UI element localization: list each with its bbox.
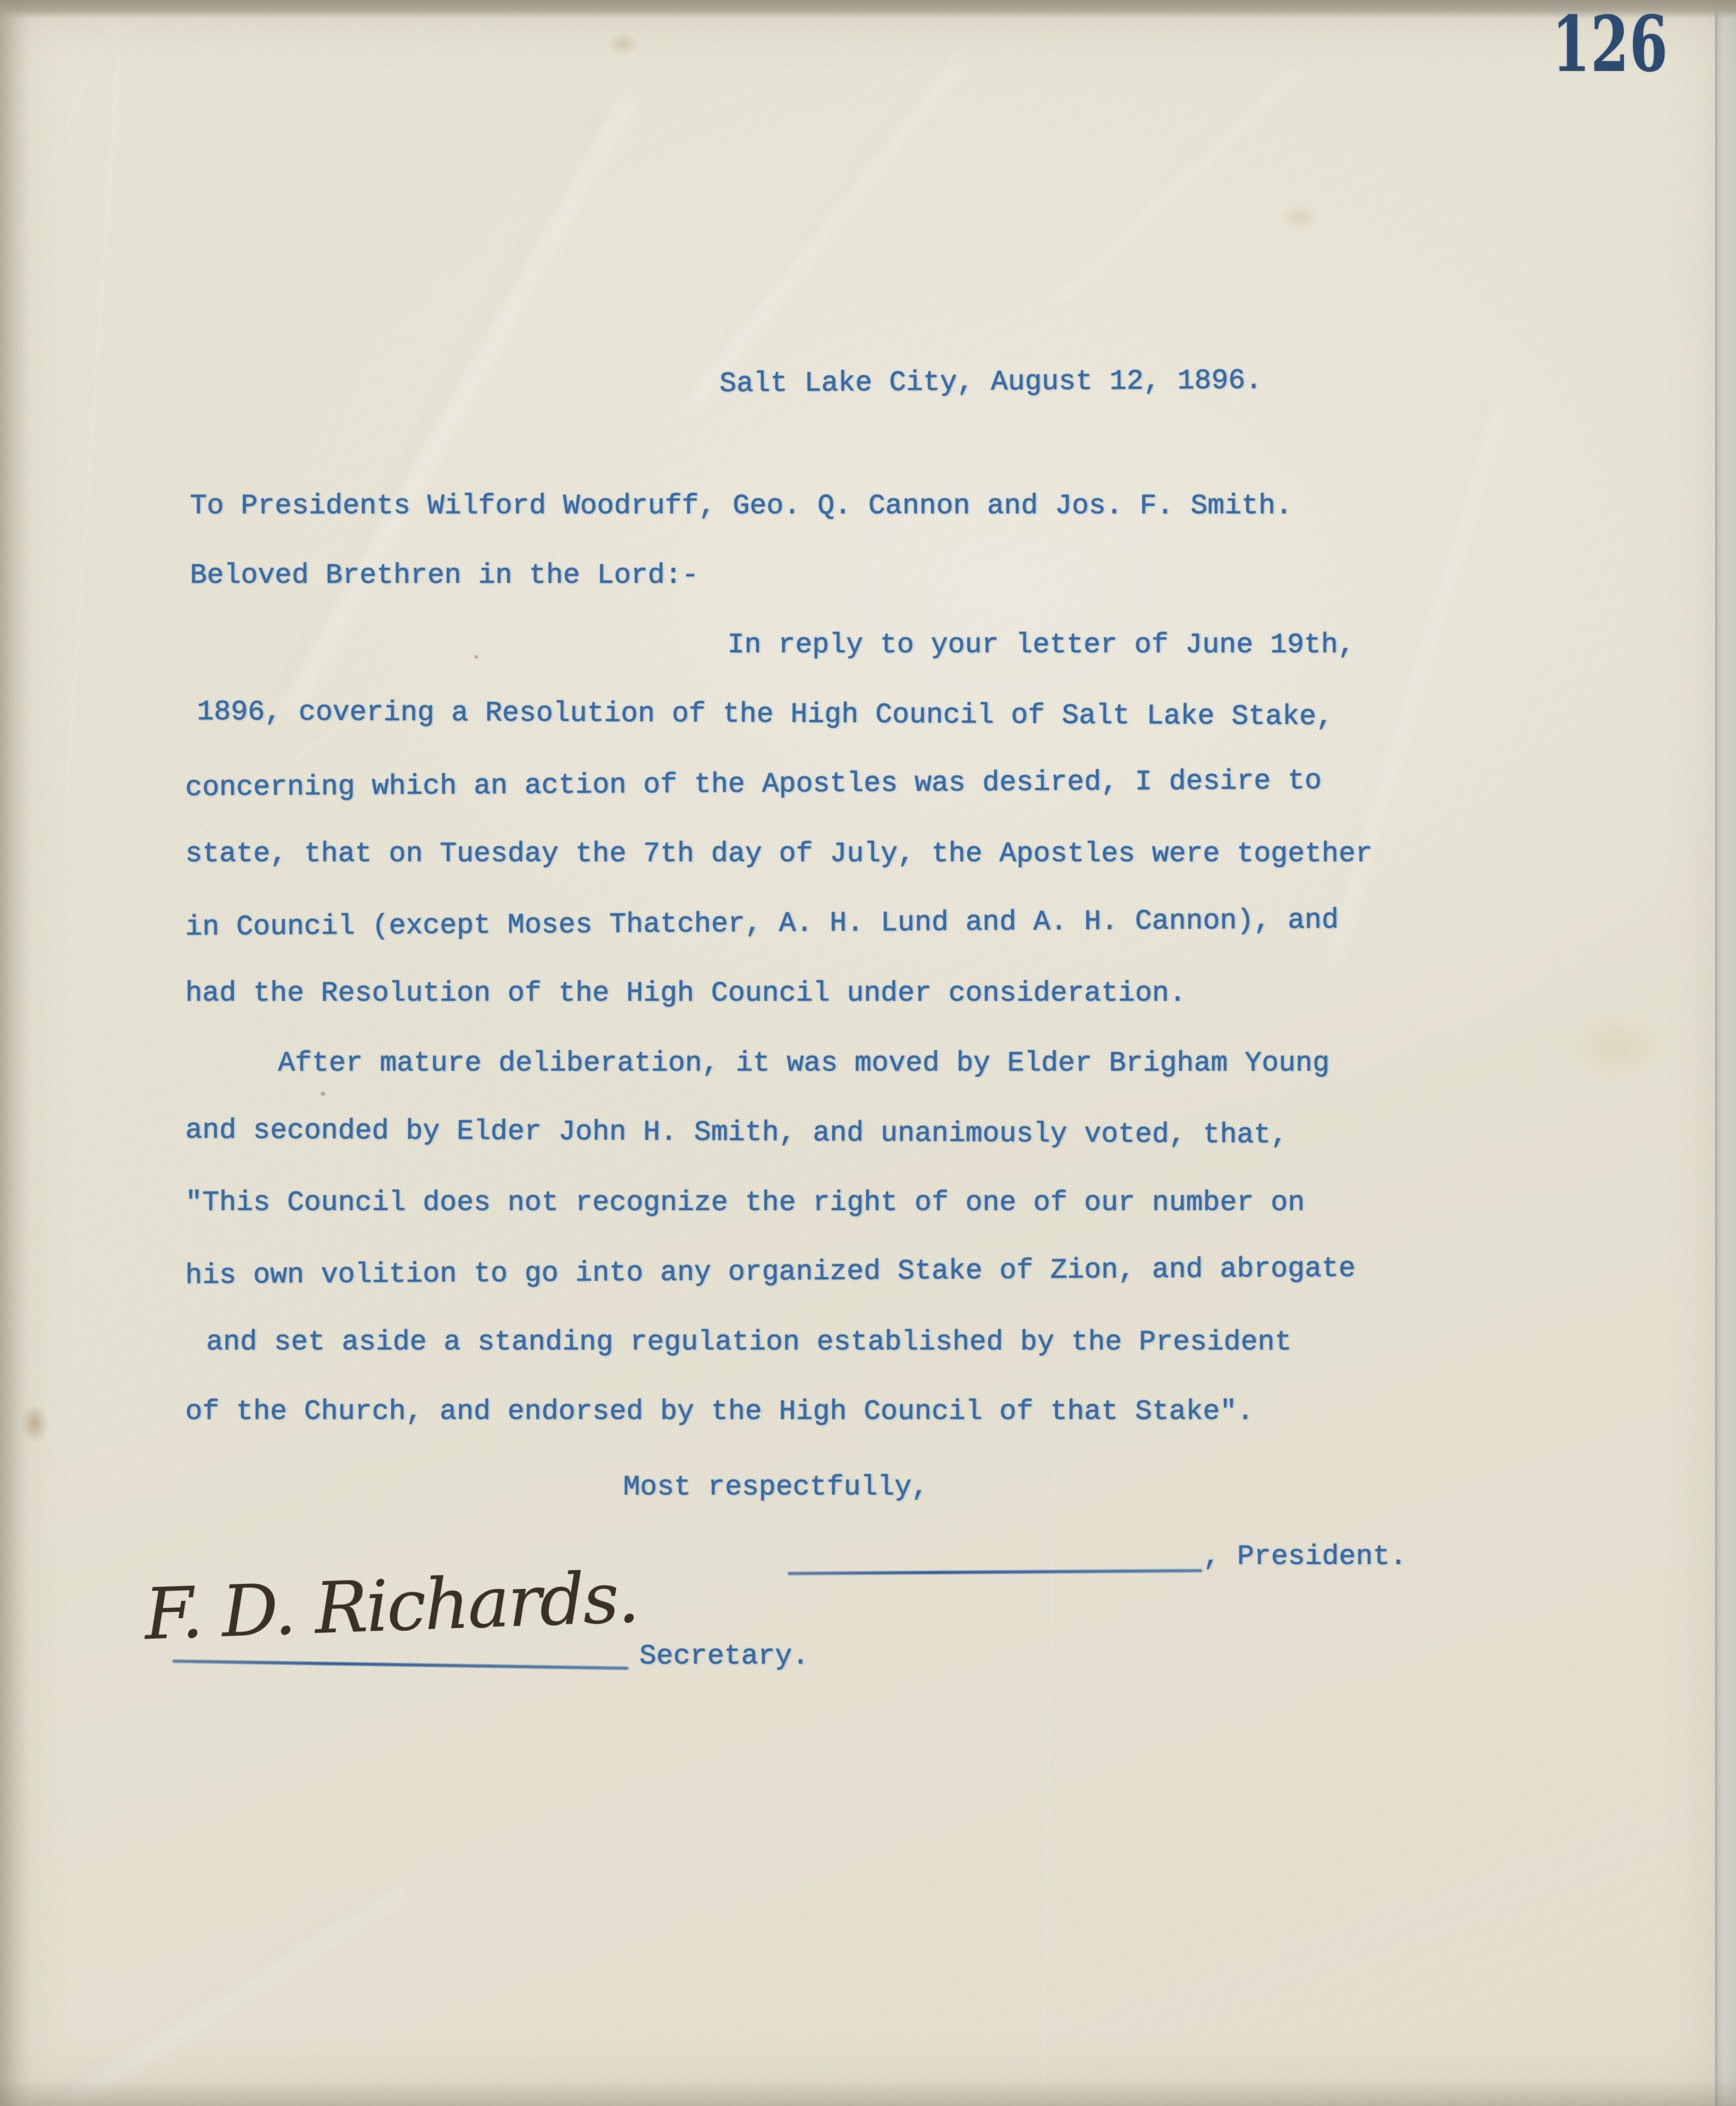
body-line: state, that on Tuesday the 7th day of Ju… [185,840,1372,869]
paper-crease [274,91,639,715]
paper-edge-left [0,0,30,2106]
paper-edge-top [0,0,1736,19]
body-line: concerning which an action of the Apostl… [185,767,1322,803]
page-number-stamp: 126 [1552,6,1668,82]
paper-edge-bottom [0,2081,1736,2106]
body-line: his own volition to go into any organize… [185,1255,1356,1290]
paper-stain [1566,1010,1668,1084]
paper-crease [1050,64,1301,307]
paper-crease [1042,1399,1056,2094]
body-line: 1896, covering a Resolution of the High … [197,698,1333,732]
secretary-signature: F. D. Richards. [143,1553,639,1658]
body-line: "This Council does not recognize the rig… [185,1189,1305,1217]
dateline: Salt Lake City, August 12, 1896. [720,366,1263,398]
president-blank-underline [788,1569,1202,1575]
paper-stain [320,1091,326,1097]
paper-crease [1319,404,1509,963]
body-line: In reply to your letter of June 19th, [727,631,1355,660]
salutation-line: Beloved Brethren in the Lord:- [190,561,699,590]
paper-crease [62,1879,409,2106]
document-page: 126 Salt Lake City, August 12, 1896. To … [0,0,1736,2106]
signature-underline [172,1659,629,1670]
body-line: and seconded by Elder John H. Smith, and… [185,1116,1288,1150]
body-line: had the Resolution of the High Council u… [185,979,1186,1008]
secretary-label: Secretary. [639,1642,809,1671]
paper-crease [677,54,965,414]
body-line: After mature deliberation, it was moved … [278,1049,1330,1078]
paper-crease [65,26,120,789]
closing-line: Most respectfully, [623,1473,928,1502]
paper-stain [607,32,639,56]
underlying-page-edge [1715,0,1736,2106]
president-label: , President. [1203,1543,1407,1571]
body-line: of the Church, and endorsed by the High … [185,1398,1254,1426]
paper-stain [1279,204,1320,232]
body-line: and set aside a standing regulation esta… [206,1328,1292,1357]
paper-stain [473,654,479,660]
body-line: in Council (except Moses Thatcher, A. H.… [185,906,1339,942]
address-line: To Presidents Wilford Woodruff, Geo. Q. … [190,492,1292,521]
